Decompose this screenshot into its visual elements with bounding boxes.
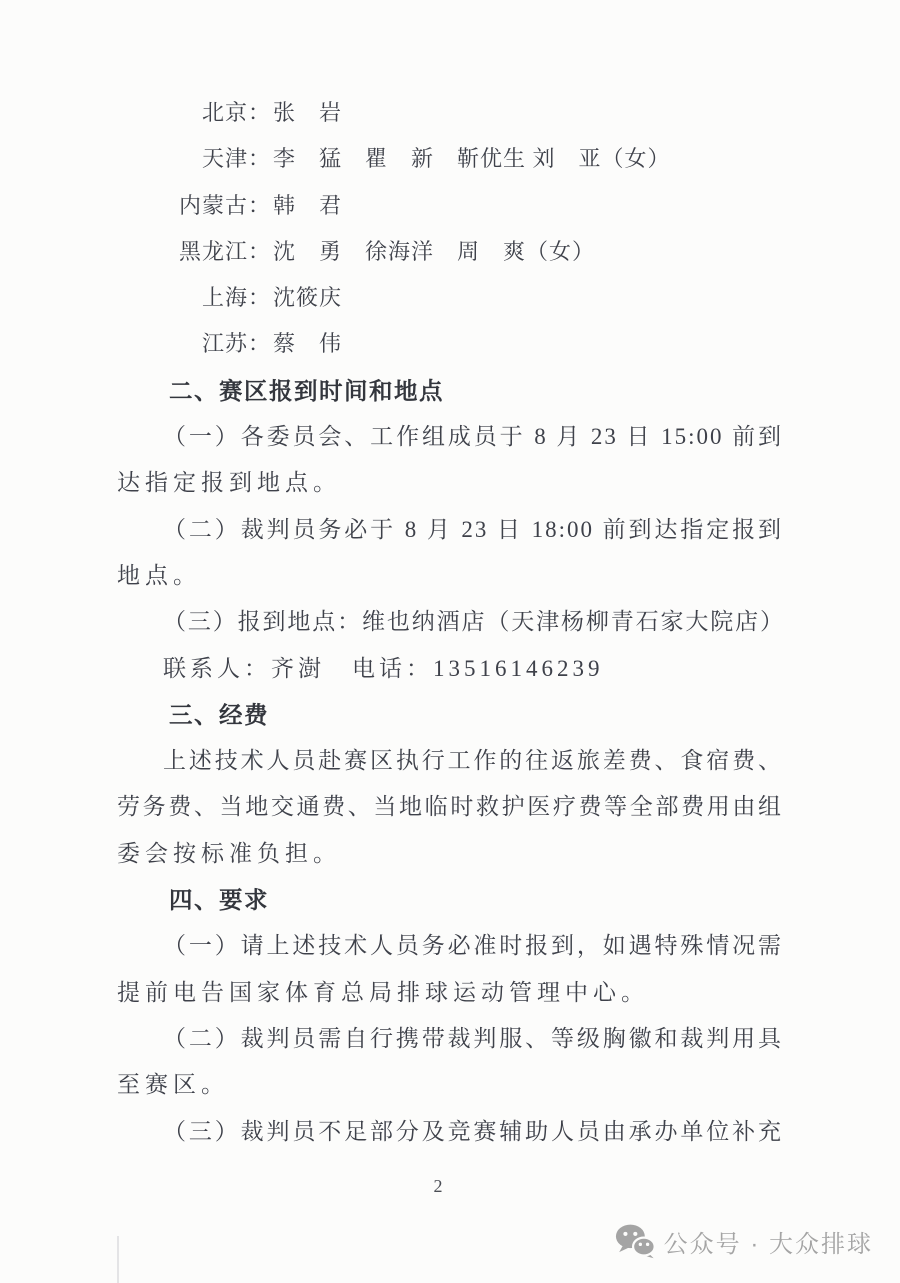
paragraph-line: 上述技术人员赴赛区执行工作的往返旅差费、食宿费、: [117, 738, 783, 784]
referee-names: 韩 君: [271, 183, 783, 229]
referee-names: 沈 勇 徐海洋 周 爽（女）: [271, 229, 783, 275]
watermark-text: 公众号 · 大众排球: [664, 1224, 873, 1259]
paragraph-line: 至赛区。: [117, 1062, 783, 1108]
roster-line: 北京： 张 岩: [117, 90, 783, 136]
paragraph-line: （二）裁判员需自行携带裁判服、等级胸徽和裁判用具: [117, 1016, 783, 1062]
roster-line: 黑龙江： 沈 勇 徐海洋 周 爽（女）: [117, 229, 783, 275]
referee-names: 李 猛 瞿 新 靳优生 刘 亚（女）: [271, 136, 783, 182]
referee-names: 蔡 伟: [271, 321, 783, 367]
wechat-icon: [615, 1223, 656, 1259]
paragraph-line: 达指定报到地点。: [117, 460, 783, 506]
paragraph-line: （一）请上述技术人员务必准时报到，如遇特殊情况需: [117, 923, 783, 969]
page-number: 2: [408, 1170, 468, 1202]
paragraph-line: 委会按标准负担。: [117, 831, 783, 877]
paragraph-line: （三）报到地点：维也纳酒店（天津杨柳青石家大院店）: [117, 599, 783, 645]
province-label: 江苏：: [117, 321, 271, 367]
roster-line: 天津： 李 猛 瞿 新 靳优生 刘 亚（女）: [117, 136, 783, 182]
referee-names: 张 岩: [271, 90, 783, 136]
paragraph-line: 劳务费、当地交通费、当地临时救护医疗费等全部费用由组: [117, 784, 783, 830]
paragraph-line: （一）各委员会、工作组成员于 8 月 23 日 15:00 前到: [117, 414, 783, 460]
referee-names: 沈筱庆: [271, 275, 783, 321]
province-label: 内蒙古：: [117, 183, 271, 229]
document-body: 北京： 张 岩 天津： 李 猛 瞿 新 靳优生 刘 亚（女） 内蒙古： 韩 君 …: [117, 90, 783, 1155]
roster-line: 江苏： 蔡 伟: [117, 321, 783, 367]
paragraph-line: （三）裁判员不足部分及竞赛辅助人员由承办单位补充: [117, 1109, 783, 1155]
section-heading-2: 二、赛区报到时间和地点: [117, 368, 783, 414]
paragraph-line: （二）裁判员务必于 8 月 23 日 18:00 前到达指定报到: [117, 507, 783, 553]
roster-line: 上海： 沈筱庆: [117, 275, 783, 321]
province-label: 黑龙江：: [117, 229, 271, 275]
province-label: 天津：: [117, 136, 271, 182]
section-heading-3: 三、经费: [117, 692, 783, 738]
document-page: 北京： 张 岩 天津： 李 猛 瞿 新 靳优生 刘 亚（女） 内蒙古： 韩 君 …: [0, 0, 900, 1283]
roster-line: 内蒙古： 韩 君: [117, 183, 783, 229]
province-label: 北京：: [117, 90, 271, 136]
contact-line: 联系人：齐澍 电话：13516146239: [117, 646, 783, 692]
scan-artifact-line: [117, 1236, 119, 1283]
province-label: 上海：: [117, 275, 271, 321]
watermark: 公众号 · 大众排球: [615, 1223, 873, 1259]
section-heading-4: 四、要求: [117, 877, 783, 923]
paragraph-line: 提前电告国家体育总局排球运动管理中心。: [117, 970, 783, 1016]
paragraph-line: 地点。: [117, 553, 783, 599]
